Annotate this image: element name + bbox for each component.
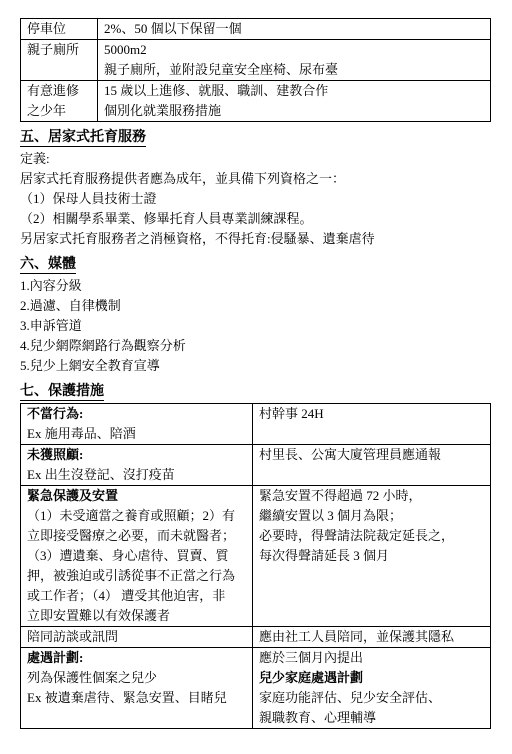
cell-line: 家庭功能評估、兒少安全評估、 [259,688,484,708]
detail-cell: 應於三個月內提出 兒少家庭處遇計劃 家庭功能評估、兒少安全評估、 親職教育、心理… [253,648,491,729]
detail-cell: 5000m2 親子廁所，並附設兒童安全座椅、尿布臺 [98,40,491,81]
cell-line: 15 歲以上進修、就服、職訓、建教合作 [104,81,484,101]
doc-line: （2）相關學系畢業、修畢托育人員專業訓練課程。 [20,209,490,229]
cell-line: 每次得聲請延長 3 個月 [259,546,484,566]
section-heading: 五、居家式托育服務 [20,128,490,148]
cell-line: 或工作者；（4） 遭受其他迫害，非 [27,586,246,606]
cell-line: 親職教育、心理輔導 [259,708,484,728]
cell-line: 立即安置難以有效保護者 [27,606,246,626]
cell-line: 列為保護性個案之兒少 [27,668,246,688]
doc-line: 居家式托育服務提供者應為成年，並具備下列資格之一： [20,169,490,189]
heading-text: 六、媒體 [20,257,76,274]
detail-cell: 應由社工人員陪同，並保護其隱私 [253,627,491,648]
cell-line: 有意進修 [27,81,91,101]
facilities-table: 停車位 2%、50 個以下保留一個 親子廁所 5000m2 親子廁所，並附設兒童… [20,18,491,122]
heading-text: 七、保護措施 [20,384,104,401]
section-heading: 七、保護措施 [20,382,490,402]
cell-line: 5000m2 [104,40,484,60]
protection-table: 不當行為: Ex 施用毒品、陪酒 村幹事 24H 未獲照顧: Ex 出生沒登記、… [20,403,491,729]
section-heading: 六、媒體 [20,255,490,275]
cell-line: 親子廁所 [27,40,91,60]
term-cell: 停車位 [21,19,98,40]
cell-line: 村里長、公寓大廈管理員應通報 [259,445,484,465]
heading-text: 五、居家式托育服務 [20,130,146,147]
cell-line: 兒少家庭處遇計劃 [259,668,484,688]
table-row: 陪同訪談或訊問 應由社工人員陪同，並保護其隱私 [21,627,491,648]
detail-cell: 緊急安置不得超過 72 小時， 繼續安置以 3 個月為限； 必要時，得聲請法院裁… [253,486,491,627]
cell-line: 停車位 [27,19,91,39]
doc-line: 4.兒少網際網路行為觀察分析 [20,336,490,356]
cell-line: Ex 出生沒登記、沒打疫苗 [27,465,246,485]
doc-line: 2.過濾、自律機制 [20,296,490,316]
document-page: 停車位 2%、50 個以下保留一個 親子廁所 5000m2 親子廁所，並附設兒童… [0,0,512,729]
cell-line: 村幹事 24H [259,404,484,424]
doc-line: 1.內容分級 [20,276,490,296]
cell-line: Ex 施用毒品、陪酒 [27,424,246,444]
cell-line: 緊急安置不得超過 72 小時， [259,486,484,506]
table-row: 有意進修 之少年 15 歲以上進修、就服、職訓、建教合作 個別化就業服務措施 [21,81,491,122]
term-cell: 不當行為: Ex 施用毒品、陪酒 [21,404,253,445]
term-cell: 陪同訪談或訊問 [21,627,253,648]
cell-line: 應由社工人員陪同，並保護其隱私 [259,627,484,647]
detail-cell: 15 歲以上進修、就服、職訓、建教合作 個別化就業服務措施 [98,81,491,122]
table-row: 停車位 2%、50 個以下保留一個 [21,19,491,40]
term-cell: 處遇計劃: 列為保護性個案之兒少 Ex 被遺棄虐待、緊急安置、目睹兒 [21,648,253,729]
cell-line: 個別化就業服務措施 [104,101,484,121]
term-cell: 未獲照顧: Ex 出生沒登記、沒打疫苗 [21,445,253,486]
cell-line: （3）遭遺棄、身心虐待、買賣、質 [27,546,246,566]
doc-line: 定義: [20,149,490,169]
cell-line: 緊急保護及安置 [27,486,246,506]
cell-line: 陪同訪談或訊問 [27,627,246,647]
term-cell: 有意進修 之少年 [21,81,98,122]
detail-cell: 村幹事 24H [253,404,491,445]
doc-line: 3.申訴管道 [20,316,490,336]
cell-line: 應於三個月內提出 [259,648,484,668]
cell-line: 繼續安置以 3 個月為限； [259,506,484,526]
detail-cell: 村里長、公寓大廈管理員應通報 [253,445,491,486]
doc-line: 另居家式托育服務者之消極資格，不得托育:侵騷暴、遺棄虐待 [20,229,490,249]
cell-line: Ex 被遺棄虐待、緊急安置、目睹兒 [27,688,246,708]
table-row: 緊急保護及安置 （1）未受適當之養育或照顧；2）有 立即接受醫療之必要，而未就醫… [21,486,491,627]
cell-line: 押，被強迫或引誘從事不正當之行為 [27,566,246,586]
doc-line: （1）保母人員技術士證 [20,189,490,209]
table-row: 不當行為: Ex 施用毒品、陪酒 村幹事 24H [21,404,491,445]
table-row: 處遇計劃: 列為保護性個案之兒少 Ex 被遺棄虐待、緊急安置、目睹兒 應於三個月… [21,648,491,729]
cell-line: 之少年 [27,101,91,121]
table-row: 未獲照顧: Ex 出生沒登記、沒打疫苗 村里長、公寓大廈管理員應通報 [21,445,491,486]
cell-line: 立即接受醫療之必要，而未就醫者； [27,526,246,546]
cell-line: 不當行為: [27,404,246,424]
term-cell: 緊急保護及安置 （1）未受適當之養育或照顧；2）有 立即接受醫療之必要，而未就醫… [21,486,253,627]
cell-line: （1）未受適當之養育或照顧；2）有 [27,506,246,526]
term-cell: 親子廁所 [21,40,98,81]
doc-line: 5.兒少上網安全教育宣導 [20,356,490,376]
detail-cell: 2%、50 個以下保留一個 [98,19,491,40]
cell-line: 親子廁所，並附設兒童安全座椅、尿布臺 [104,60,484,80]
cell-line: 未獲照顧: [27,445,246,465]
cell-line: 處遇計劃: [27,648,246,668]
table-row: 親子廁所 5000m2 親子廁所，並附設兒童安全座椅、尿布臺 [21,40,491,81]
cell-line: 2%、50 個以下保留一個 [104,19,484,39]
cell-line: 必要時，得聲請法院裁定延長之， [259,526,484,546]
